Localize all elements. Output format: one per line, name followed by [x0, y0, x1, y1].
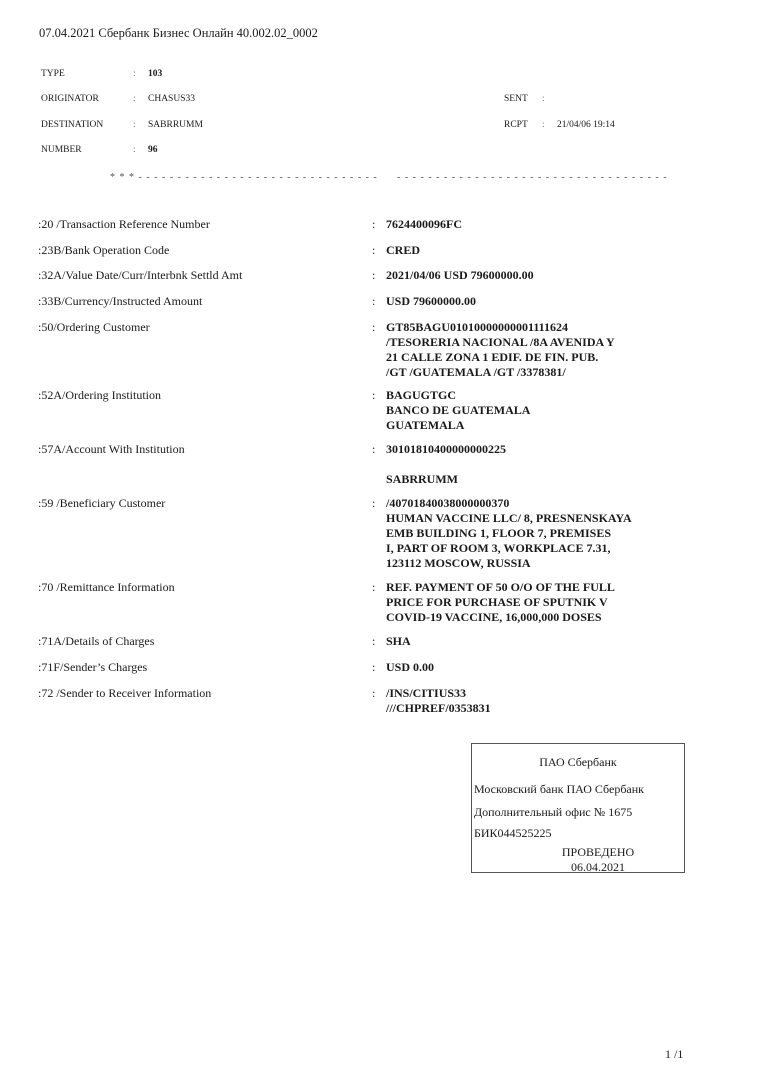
- field-label: :52A/Ordering Institution: [38, 388, 161, 403]
- page-number: 1 /1: [665, 1047, 683, 1062]
- field-label: :70 /Remittance Information: [38, 580, 175, 595]
- meta-colon: :: [542, 118, 545, 132]
- meta-colon: :: [542, 92, 545, 106]
- meta-colon: :: [133, 118, 136, 132]
- stamp-bank-name: ПАО Сбербанк: [472, 755, 684, 770]
- field-label: :32A/Value Date/Curr/Interbnk Settld Amt: [38, 268, 242, 283]
- field-colon: :: [372, 686, 375, 701]
- field-label: :71A/Details of Charges: [38, 634, 154, 649]
- field-value: REF. PAYMENT OF 50 O/O OF THE FULL PRICE…: [386, 580, 615, 625]
- field-value: CRED: [386, 243, 420, 258]
- field-value: USD 0.00: [386, 660, 434, 675]
- meta-value: 96: [148, 143, 158, 157]
- field-value: 30101810400000000225 SABRRUMM: [386, 442, 506, 487]
- field-colon: :: [372, 580, 375, 595]
- field-value: BAGUGTGC BANCO DE GUATEMALA GUATEMALA: [386, 388, 530, 433]
- field-colon: :: [372, 496, 375, 511]
- field-colon: :: [372, 217, 375, 232]
- meta-label: NUMBER: [41, 143, 131, 157]
- stamp-date: 06.04.2021: [492, 860, 704, 875]
- stamp-bik: БИК044525225: [474, 826, 552, 841]
- field-colon: :: [372, 243, 375, 258]
- separator-left: * * * - - - - - - - - - - - - - - - - - …: [110, 172, 378, 183]
- field-colon: :: [372, 388, 375, 403]
- meta-value: SABRRUMM: [148, 118, 203, 132]
- meta-label: SENT: [504, 92, 528, 106]
- meta-label: DESTINATION: [41, 118, 131, 132]
- field-colon: :: [372, 634, 375, 649]
- field-value: 7624400096FC: [386, 217, 462, 232]
- document-header-title: 07.04.2021 Сбербанк Бизнес Онлайн 40.002…: [39, 26, 318, 41]
- field-label: :72 /Sender to Receiver Information: [38, 686, 211, 701]
- field-value: 2021/04/06 USD 79600000.00: [386, 268, 534, 283]
- field-label: :71F/Sender’s Charges: [38, 660, 147, 675]
- stamp-status: ПРОВЕДЕНО: [492, 845, 704, 860]
- field-label: :23B/Bank Operation Code: [38, 243, 169, 258]
- meta-value: CHASUS33: [148, 92, 195, 106]
- meta-label: RCPT: [504, 118, 528, 132]
- field-label: :50/Ordering Customer: [38, 320, 150, 335]
- field-value: /40701840038000000370 HUMAN VACCINE LLC/…: [386, 496, 632, 571]
- field-label: :59 /Beneficiary Customer: [38, 496, 165, 511]
- field-value: SHA: [386, 634, 411, 649]
- meta-colon: :: [133, 143, 136, 157]
- field-colon: :: [372, 660, 375, 675]
- field-colon: :: [372, 268, 375, 283]
- meta-colon: :: [133, 92, 136, 106]
- separator-right: - - - - - - - - - - - - - - - - - - - - …: [397, 172, 668, 183]
- field-value: USD 79600000.00: [386, 294, 476, 309]
- meta-colon: :: [133, 67, 136, 81]
- field-label: :20 /Transaction Reference Number: [38, 217, 210, 232]
- field-colon: :: [372, 320, 375, 335]
- field-value: /INS/CITIUS33 ///CHPREF/0353831: [386, 686, 491, 716]
- meta-value: 103: [148, 67, 162, 81]
- field-value: GT85BAGU01010000000001111624 /TESORERIA …: [386, 320, 615, 380]
- stamp-office: Дополнительный офис № 1675: [474, 805, 632, 820]
- field-colon: :: [372, 294, 375, 309]
- field-colon: :: [372, 442, 375, 457]
- meta-label: TYPE: [41, 67, 131, 81]
- meta-label: ORIGINATOR: [41, 92, 131, 106]
- stamp-branch: Московский банк ПАО Сбербанк: [474, 782, 644, 797]
- meta-value: 21/04/06 19:14: [557, 118, 615, 132]
- field-label: :57A/Account With Institution: [38, 442, 185, 457]
- bank-stamp: ПАО Сбербанк Московский банк ПАО Сбербан…: [471, 743, 685, 873]
- field-label: :33B/Currency/Instructed Amount: [38, 294, 202, 309]
